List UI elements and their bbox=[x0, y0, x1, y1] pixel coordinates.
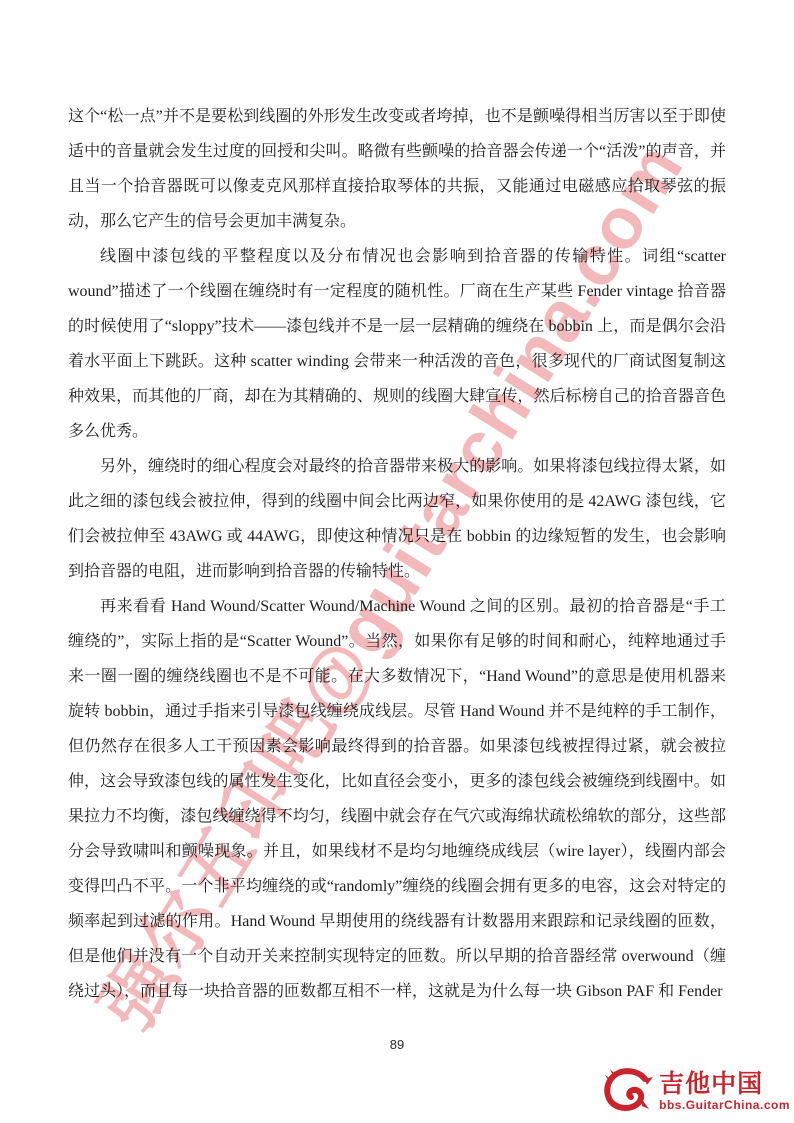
document-page: 强尔五印吧@guitarchina.com 这个“松一点”并不是要松到线圈的外形… bbox=[0, 0, 794, 1123]
page-content: 这个“松一点”并不是要松到线圈的外形发生改变或者垮掉，也不是颤噪得相当厉害以至于… bbox=[68, 99, 726, 1009]
paragraph: 这个“松一点”并不是要松到线圈的外形发生改变或者垮掉，也不是颤噪得相当厉害以至于… bbox=[68, 99, 726, 239]
logo-text-block: 吉他中国 bbs.GuitarChina.com bbox=[659, 1072, 790, 1111]
paragraph: 另外，缠绕时的细心程度会对最终的拾音器带来极大的影响。如果将漆包线拉得太紧，如此… bbox=[68, 449, 726, 589]
site-logo: 吉他中国 bbs.GuitarChina.com bbox=[601, 1065, 790, 1117]
logo-title: 吉他中国 bbox=[659, 1072, 763, 1097]
logo-subtitle: bbs.GuitarChina.com bbox=[659, 1099, 790, 1111]
paragraph: 再来看看 Hand Wound/Scatter Wound/Machine Wo… bbox=[68, 589, 726, 1009]
paragraph: 线圈中漆包线的平整程度以及分布情况也会影响到拾音器的传输特性。词组“scatte… bbox=[68, 239, 726, 449]
dragon-icon bbox=[601, 1065, 657, 1117]
page-number: 89 bbox=[0, 1037, 794, 1052]
